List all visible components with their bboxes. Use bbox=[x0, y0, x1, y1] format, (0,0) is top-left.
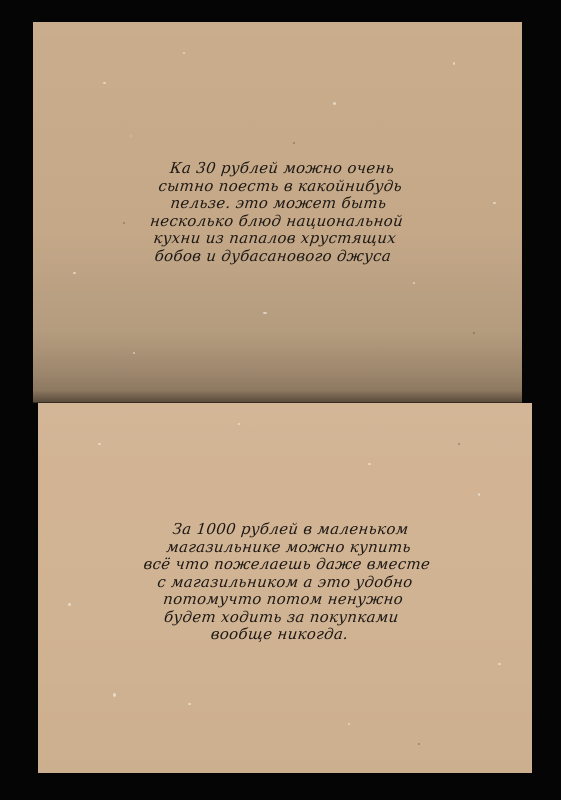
paper-fleck bbox=[333, 102, 336, 105]
text-line: вообще никогда. bbox=[38, 626, 527, 644]
paper-fleck bbox=[418, 743, 420, 745]
paper-fleck bbox=[188, 703, 191, 705]
text-line: магазильнике можно купить bbox=[41, 539, 532, 557]
text-line: Ка 30 рублей можно очень bbox=[37, 160, 522, 178]
paper-fleck bbox=[458, 443, 460, 445]
text-line: бобов и дубасанового джуса bbox=[33, 248, 518, 266]
paper-fleck bbox=[183, 52, 185, 54]
handwritten-text-bottom: За 1000 рублей в маленьком магазильнике … bbox=[38, 521, 532, 644]
paper-fleck bbox=[113, 693, 116, 697]
text-line: с магазильником а это удобно bbox=[38, 574, 532, 592]
paper-fleck bbox=[453, 62, 455, 65]
handwritten-text-top: Ка 30 рублей можно очень сытно поесть в … bbox=[33, 160, 522, 265]
paper-fleck bbox=[368, 463, 371, 465]
text-line: будет ходить за покупками bbox=[38, 609, 529, 627]
paper-fleck bbox=[348, 723, 350, 725]
text-line: потомучто потом ненужно bbox=[38, 591, 531, 609]
paper-fleck bbox=[413, 282, 415, 284]
paper-fleck bbox=[478, 493, 480, 496]
text-line: За 1000 рублей в маленьком bbox=[43, 521, 532, 539]
paper-fleck bbox=[133, 352, 135, 354]
text-line: пельзе. это может быть bbox=[33, 195, 522, 213]
text-line: всё что пожелаешь даже вместе bbox=[39, 556, 532, 574]
paper-fleck bbox=[498, 663, 501, 665]
paper-fleck bbox=[103, 82, 106, 84]
text-line: несколько блюд национальной bbox=[33, 213, 522, 231]
paper-fleck bbox=[473, 332, 475, 334]
booklet-bottom-page: За 1000 рублей в маленьком магазильнике … bbox=[38, 403, 532, 773]
booklet-top-page: Ка 30 рублей можно очень сытно поесть в … bbox=[33, 22, 522, 403]
paper-fleck bbox=[293, 142, 295, 144]
text-line: сытно поесть в какойнибудь bbox=[35, 178, 522, 196]
text-line: кухни из папалов хрустящих bbox=[33, 230, 520, 248]
paper-fleck bbox=[238, 423, 240, 425]
paper-fleck bbox=[98, 443, 101, 445]
paper-fleck bbox=[263, 312, 267, 314]
paper-fleck bbox=[73, 272, 76, 274]
